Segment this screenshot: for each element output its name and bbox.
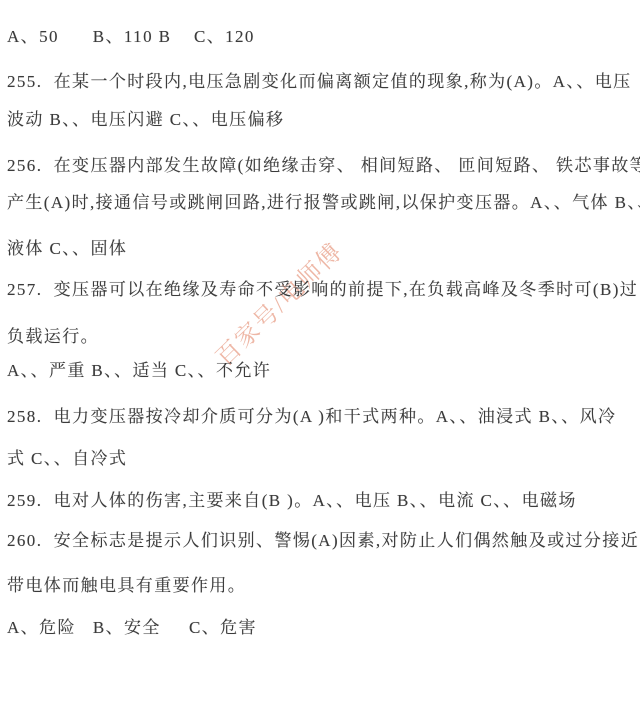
question-257-options: A、、严重 B、、适当 C、、不允许 xyxy=(7,359,640,383)
options-line-254: A、50 B、110 B C、120 xyxy=(7,25,640,49)
question-260-options: A、危险 B、安全 C、危害 xyxy=(7,616,640,640)
question-260: 260. 安全标志是提示人们识别、警惕(A)因素,对防止人们偶然触及或过分接近 xyxy=(7,529,640,553)
question-256-cont: 产生(A)时,接通信号或跳闸回路,进行报警或跳闸,以保护变压器。A、、气体 B、… xyxy=(7,191,640,215)
question-258: 258. 电力变压器按冷却介质可分为(A )和干式两种。A、、油浸式 B、、风冷 xyxy=(7,405,640,429)
question-256-options: 液体 C、、固体 xyxy=(7,237,640,261)
question-256: 256. 在变压器内部发生故障(如绝缘击穿、 相间短路、 匝间短路、 铁芯事故等… xyxy=(7,154,640,178)
question-255: 255. 在某一个时段内,电压急剧变化而偏离额定值的现象,称为(A)。A、、电压 xyxy=(7,70,640,94)
question-255-options: 波动 B、、电压闪避 C、、电压偏移 xyxy=(7,108,640,132)
question-259: 259. 电对人体的伤害,主要来自(B )。A、、电压 B、、电流 C、、电磁场 xyxy=(7,489,640,513)
question-257: 257. 变压器可以在绝缘及寿命不受影响的前提下,在负载高峰及冬季时可(B)过 xyxy=(7,278,640,302)
question-257-cont: 负载运行。 xyxy=(7,325,640,349)
question-260-cont: 带电体而触电具有重要作用。 xyxy=(7,574,640,598)
document-page: 百家号/电师傅 A、50 B、110 B C、120 255. 在某一个时段内,… xyxy=(0,0,640,720)
question-258-options: 式 C、、自冷式 xyxy=(7,447,640,471)
